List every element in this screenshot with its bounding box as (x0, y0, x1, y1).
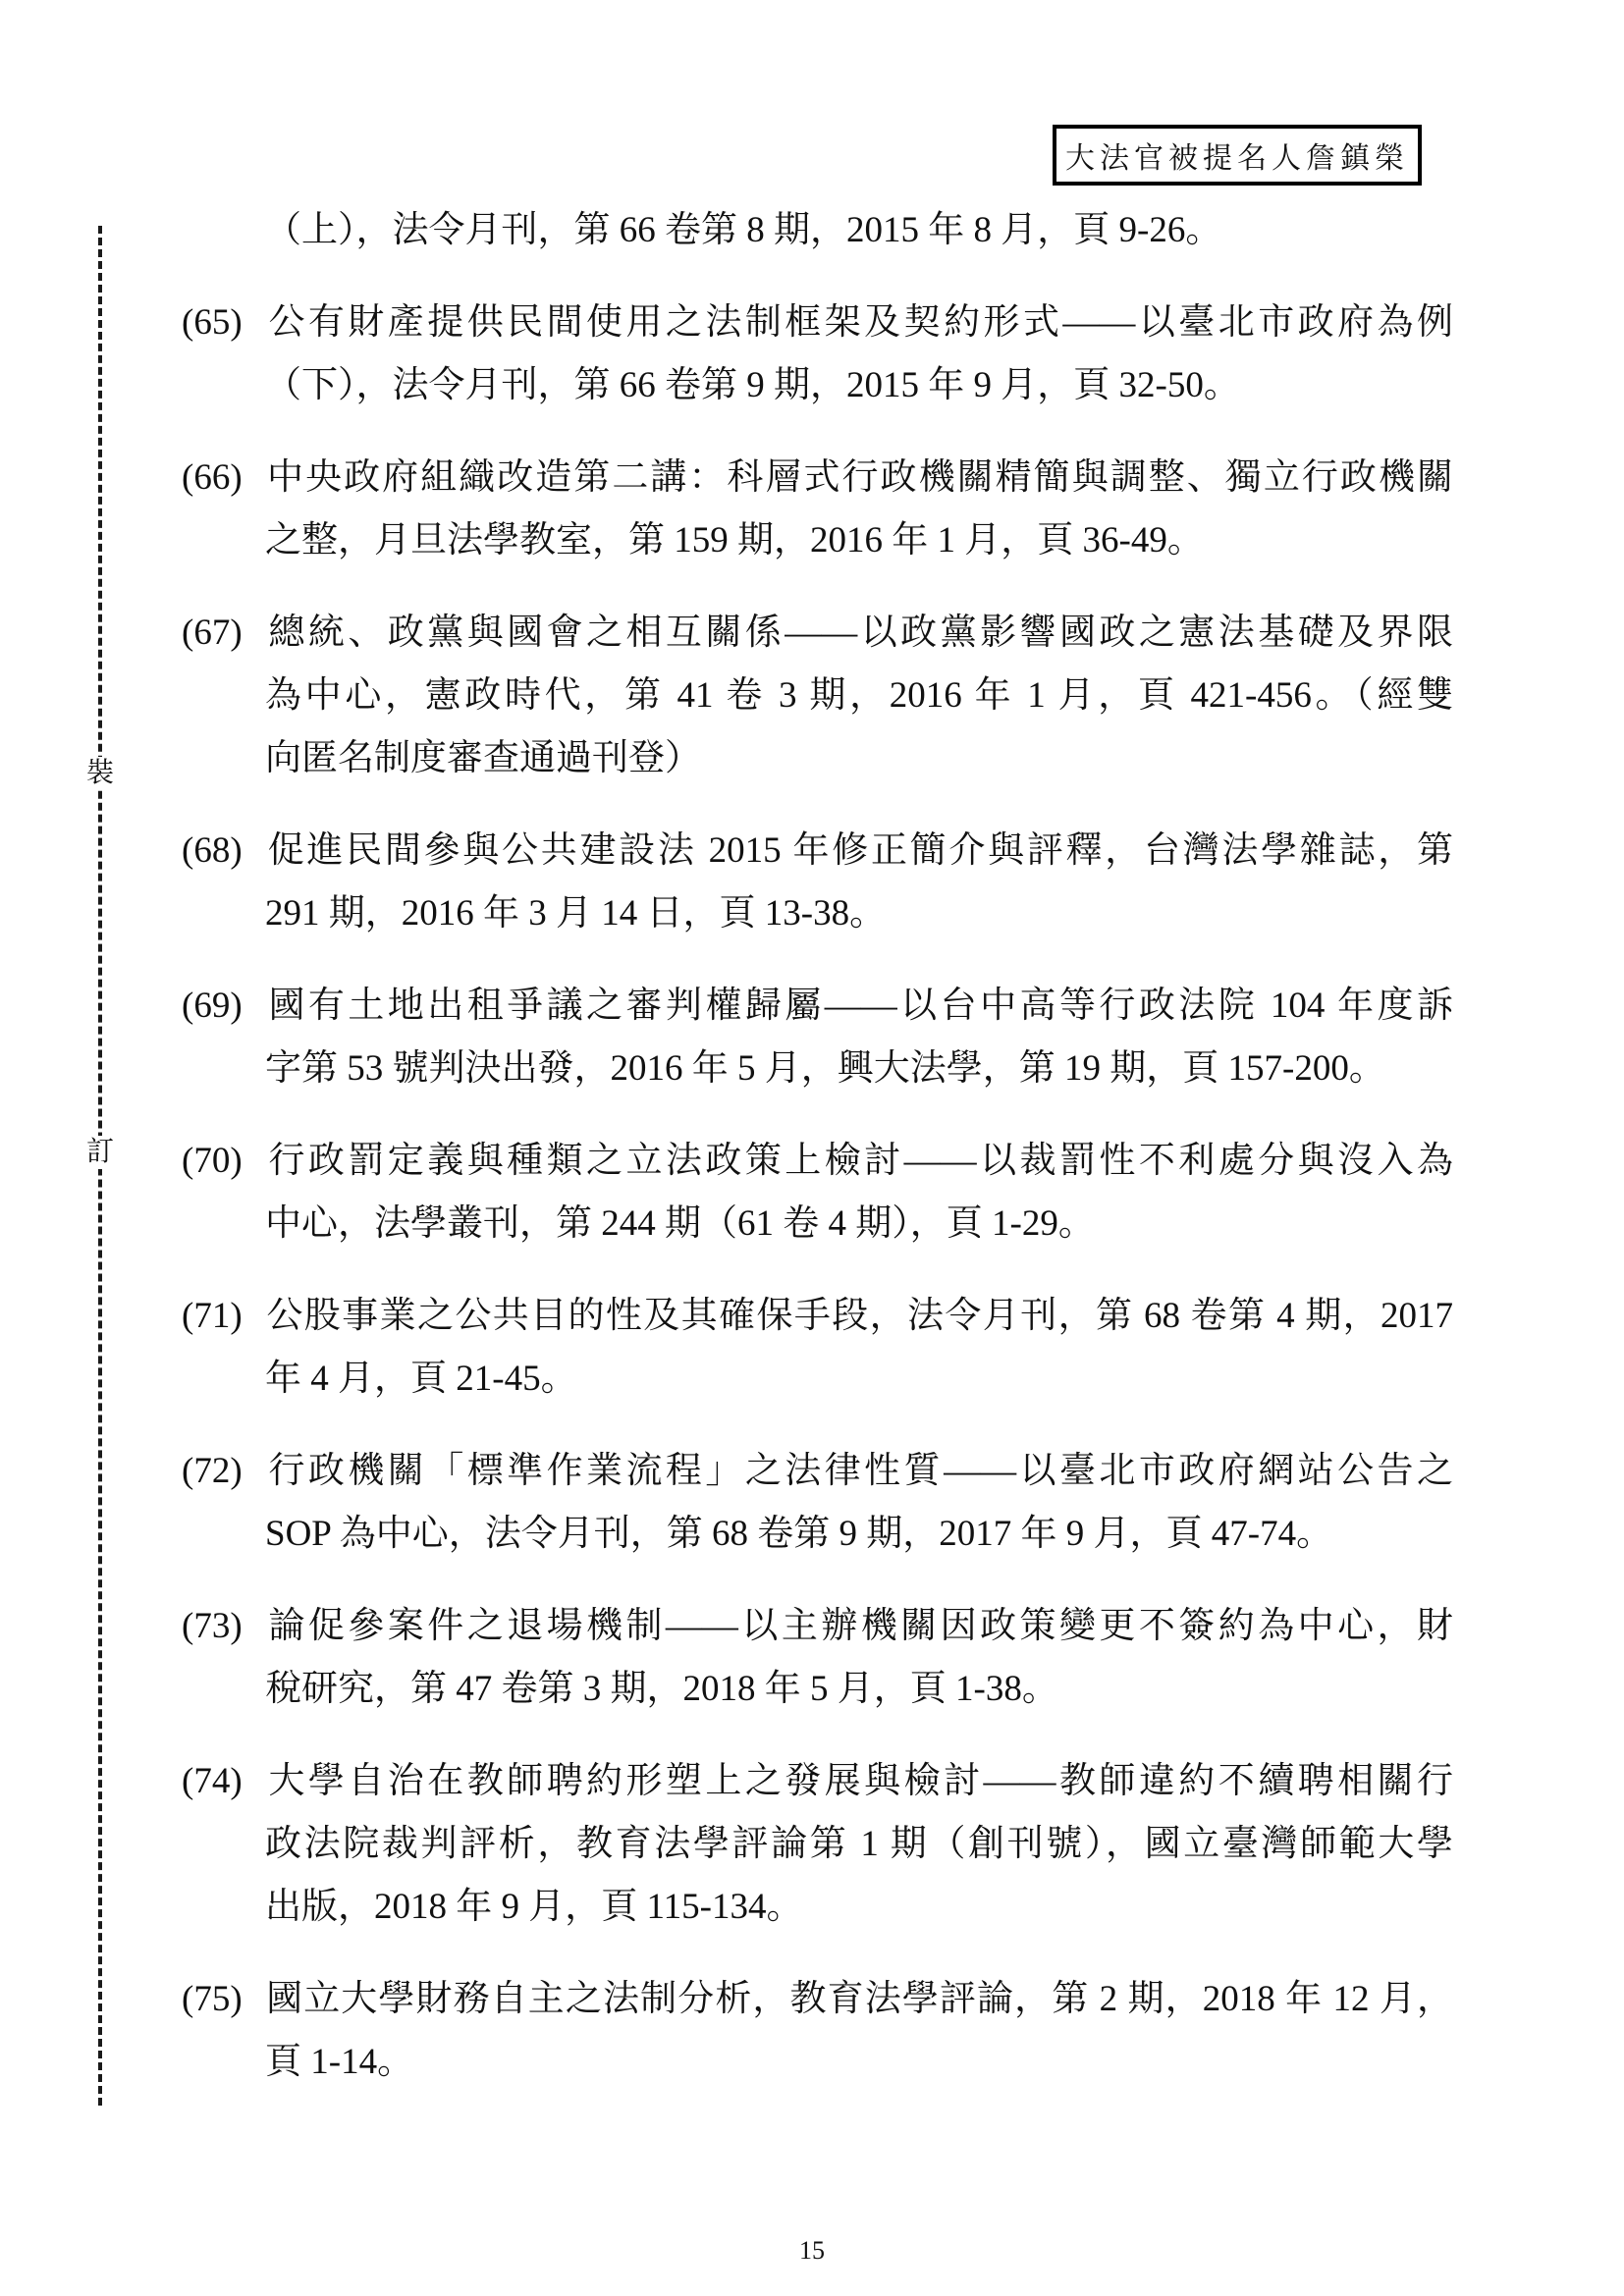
item-number: (68) (182, 820, 265, 882)
item-line: 論促參案件之退場機制——以主辦機關因政策變更不簽約為中心，財 (265, 1606, 1453, 1646)
list-item-70: (70)行政罰定義與種類之立法政策上檢討——以裁罰性不利處分與沒入為 中心，法學… (182, 1130, 1453, 1255)
item-number: (75) (182, 1968, 265, 2031)
item-line: 政法院裁判評析，教育法學評論第 1 期（創刊號），國立臺灣師範大學 (265, 1813, 1453, 1876)
list-item-73: (73)論促參案件之退場機制——以主辦機關因政策變更不簽約為中心，財 稅研究，第… (182, 1595, 1453, 1721)
publication-list: （上），法令月刊，第 66 卷第 8 期，2015 年 8 月，頁 9-26。 … (182, 199, 1453, 2123)
binding-label-zhuang: 裝 (84, 757, 116, 790)
item-line: 中心，法學叢刊，第 244 期（61 卷 4 期），頁 1-29。 (265, 1193, 1453, 1255)
item-line: 中央政府組織改造第二講：科層式行政機關精簡與調整、獨立行政機關 (265, 457, 1453, 498)
item-number: (74) (182, 1750, 265, 1813)
item-line: 行政機關「標準作業流程」之法律性質——以臺北市政府網站公告之 (265, 1451, 1453, 1491)
item-line: 字第 53 號判決出發，2016 年 5 月，興大法學，第 19 期，頁 157… (265, 1038, 1453, 1100)
item-number: (71) (182, 1285, 265, 1348)
item-line: 公有財產提供民間使用之法制框架及契約形式——以臺北市政府為例 (265, 302, 1453, 343)
item-line: 公股事業之公共目的性及其確保手段，法令月刊，第 68 卷第 4 期，2017 (265, 1296, 1453, 1336)
item-line: 行政罰定義與種類之立法政策上檢討——以裁罰性不利處分與沒入為 (265, 1141, 1453, 1181)
item-number: (73) (182, 1595, 265, 1658)
item-line: 國立大學財務自主之法制分析，教育法學評論，第 2 期，2018 年 12 月， (265, 1979, 1453, 2019)
item-line: 頁 1-14。 (265, 2031, 1453, 2094)
item-line: 為中心，憲政時代，第 41 卷 3 期，2016 年 1 月，頁 421-456… (265, 665, 1453, 727)
nominee-header-box: 大法官被提名人詹鎮榮 (1053, 125, 1422, 186)
list-item-68: (68)促進民間參與公共建設法 2015 年修正簡介與評釋，台灣法學雜誌，第 2… (182, 820, 1453, 945)
item-line: 之整，月旦法學教室，第 159 期，2016 年 1 月，頁 36-49。 (265, 509, 1453, 572)
list-item-66: (66)中央政府組織改造第二講：科層式行政機關精簡與調整、獨立行政機關 之整，月… (182, 447, 1453, 572)
item-number: (67) (182, 602, 265, 665)
item-line: 出版，2018 年 9 月，頁 115-134。 (265, 1876, 1453, 1939)
item-number: (72) (182, 1440, 265, 1503)
binding-label-ding: 訂 (84, 1136, 116, 1169)
item-line: 總統、政黨與國會之相互關係——以政黨影響國政之憲法基礎及界限 (265, 613, 1453, 653)
item-line: 291 期，2016 年 3 月 14 日，頁 13-38。 (265, 882, 1453, 945)
document-page: { "header": { "nominee_label": "大法官被提名人詹… (0, 0, 1624, 2296)
item-line: 向匿名制度審查通過刊登） (265, 727, 1453, 790)
list-item-72: (72)行政機關「標準作業流程」之法律性質——以臺北市政府網站公告之 SOP 為… (182, 1440, 1453, 1566)
item-line: 年 4 月，頁 21-45。 (265, 1348, 1453, 1411)
nominee-name-label: 大法官被提名人詹鎮榮 (1065, 133, 1409, 177)
carryover-line: （上），法令月刊，第 66 卷第 8 期，2015 年 8 月，頁 9-26。 (182, 199, 1453, 262)
list-item-65: (65)公有財產提供民間使用之法制框架及契約形式——以臺北市政府為例 （下），法… (182, 292, 1453, 417)
item-number: (70) (182, 1130, 265, 1193)
item-line: 促進民間參與公共建設法 2015 年修正簡介與評釋，台灣法學雜誌，第 (265, 830, 1453, 871)
item-number: (69) (182, 975, 265, 1038)
item-line: （下），法令月刊，第 66 卷第 9 期，2015 年 9 月，頁 32-50。 (265, 354, 1453, 417)
item-line: 稅研究，第 47 卷第 3 期，2018 年 5 月，頁 1-38。 (265, 1658, 1453, 1721)
list-item-67: (67)總統、政黨與國會之相互關係——以政黨影響國政之憲法基礎及界限 為中心，憲… (182, 602, 1453, 790)
item-number: (66) (182, 447, 265, 509)
list-item-69: (69)國有土地出租爭議之審判權歸屬——以台中高等行政法院 104 年度訴 字第… (182, 975, 1453, 1100)
list-item-71: (71)公股事業之公共目的性及其確保手段，法令月刊，第 68 卷第 4 期，20… (182, 1285, 1453, 1411)
list-item-74: (74)大學自治在教師聘約形塑上之發展與檢討——教師違約不續聘相關行 政法院裁判… (182, 1750, 1453, 1939)
item-line: 國有土地出租爭議之審判權歸屬——以台中高等行政法院 104 年度訴 (265, 986, 1453, 1026)
item-line: 大學自治在教師聘約形塑上之發展與檢討——教師違約不續聘相關行 (265, 1761, 1453, 1801)
item-line: SOP 為中心，法令月刊，第 68 卷第 9 期，2017 年 9 月，頁 47… (265, 1503, 1453, 1566)
list-item-75: (75)國立大學財務自主之法制分析，教育法學評論，第 2 期，2018 年 12… (182, 1968, 1453, 2094)
item-number: (65) (182, 292, 265, 354)
page-number: 15 (0, 2236, 1624, 2266)
